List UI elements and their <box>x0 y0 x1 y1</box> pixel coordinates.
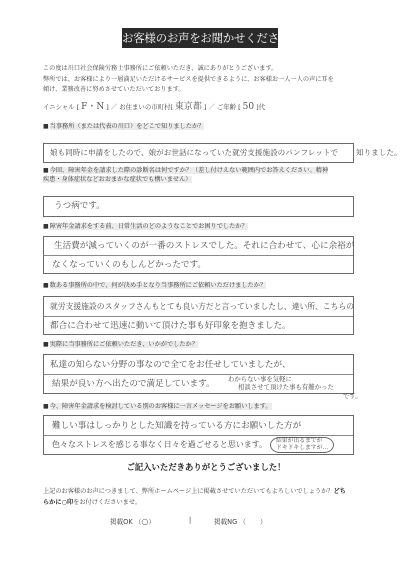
question-4-header: ■数ある事務所の中で、何が決め手となり当事務所にご依頼いただけましたか？ <box>43 281 266 290</box>
square-bullet-icon: ■ <box>43 341 49 348</box>
answer-box-2[interactable]: うつ病です。 <box>43 196 354 217</box>
answer-overflow-line2: 相談させて頂けた事も有難かった <box>238 384 334 391</box>
answer-overflow: 知りました。 <box>356 147 402 158</box>
city-value[interactable]: 東京都 <box>175 102 202 112</box>
square-bullet-icon: ■ <box>43 223 49 230</box>
answer-row: 都合に合わせて迅速に動いて頂けた事も好印象を抱きました。 <box>44 317 353 335</box>
paren-close: ） <box>148 518 155 526</box>
question-1-header: ■当事務所（または代表の川口）をどこで知りましたか？ <box>43 122 204 131</box>
answer-row: 就労支援施設のスタッフさんもとても良い方だと言っていましたし、違い所、こちらの <box>44 297 353 317</box>
initials-label: イニシャル <box>43 103 75 111</box>
consent-text-part1: 上記のお客様のお声につきまして、弊所ホームページ上に掲載させていただいてもよろし… <box>43 488 333 495</box>
intro-line: この度は川口社会保険労務士事務所にご依頼いただき、誠にありがとうございます。 <box>43 64 363 75</box>
choice-divider: | <box>189 516 191 524</box>
answer-box-4[interactable]: 就労支援施設のスタッフさんもとても良い方だと言っていましたし、違い所、こちらの … <box>43 296 354 335</box>
answer-box-1[interactable]: 娘も同時に申請をしたので、娘がお世話になっていた就労支援施設のパンフレットで <box>43 143 354 163</box>
answer-overflow-line1: わからない事を気軽に <box>228 376 292 383</box>
question-text: 実際に当事務所にご依頼いただき、いかがでしたか？ <box>50 341 198 348</box>
publish-ng-label: 掲載NG <box>214 518 237 526</box>
answer-row: 生活費が減っていくのが一番のストレスでした。それに合わせて、心に余裕が <box>44 237 353 256</box>
question-text: 今回、障害年金を請求した際の診断名は何ですか？（差し付けえない範囲内でお答えくだ… <box>50 167 328 174</box>
square-bullet-icon: ■ <box>43 123 49 130</box>
publish-ng-option[interactable]: 掲載NG （） <box>214 516 267 526</box>
question-text-line2: 疾患・身体症状などおおまかな症状でも構いません） <box>43 176 192 183</box>
square-bullet-icon: ■ <box>43 282 49 289</box>
publish-ok-option[interactable]: 掲載OK （○） <box>110 516 155 526</box>
consent-bold-part2: らかに○印 <box>43 499 73 506</box>
page-title: お客様のお声をお聞かせください <box>122 28 278 48</box>
question-5-header: ■実際に当事務所にご依頼いただき、いかがでしたか？ <box>43 340 198 349</box>
square-bullet-icon: ■ <box>43 403 49 410</box>
answer-row: 私達の知らない分野の事なので全てをお任せしていましたが、 <box>44 355 353 375</box>
consent-bold-part1: どち <box>333 488 345 495</box>
age-suffix: 代 <box>259 103 265 111</box>
profile-line: イニシャル [ F・N ] ／ お住まいの市町村[ 東京都 ] ／ ご年齢 [ … <box>43 99 265 112</box>
intro-line: 弊所では、お客様により一層満足いただけるサービスを提供できるように、お客様お一人… <box>43 75 363 86</box>
publish-ok-label: 掲載OK <box>110 518 133 526</box>
intro-line: 傾け、業務改善に努めさせていただいております。 <box>43 85 363 96</box>
thank-you-message: ご記入いただきありがとうございました！ <box>0 461 412 473</box>
intro-text: この度は川口社会保険労務士事務所にご依頼いただき、誠にありがとうございます。 弊… <box>43 64 363 96</box>
answer-row: なくなっていくのもしんどかったです。 <box>44 256 353 274</box>
paren-open: （ <box>239 518 246 526</box>
question-2-header: ■今回、障害年金を請求した際の診断名は何ですか？（差し付けえない範囲内でお答えく… <box>43 166 328 184</box>
answer-row: 難しい事はしっかりとした知識を持っている方にお願いした方が <box>44 416 353 436</box>
note-line: 結果が出るまでが <box>276 438 328 445</box>
note-line: ドキドキしますが… <box>276 445 328 452</box>
question-3-header: ■障害年金請求をする前、日常生活のどのようなことでお困りでしたか？ <box>43 222 248 231</box>
answer-row: 娘も同時に申請をしたので、娘がお世話になっていた就労支援施設のパンフレットで <box>44 144 353 162</box>
question-text: 当事務所（または代表の川口）をどこで知りましたか？ <box>50 123 205 130</box>
square-bullet-icon: ■ <box>43 167 49 174</box>
question-text: 障害年金請求をする前、日常生活のどのようなことでお困りでしたか？ <box>50 223 248 230</box>
question-text: 今、障害年金請求を検討している別のお客様に一言メッセージをお願いします。 <box>50 403 272 410</box>
question-6-header: ■今、障害年金請求を検討している別のお客様に一言メッセージをお願いします。 <box>43 402 272 411</box>
age-label: ご年齢 <box>217 103 236 111</box>
consent-text: 上記のお客様のお声につきまして、弊所ホームページ上に掲載させていただいてもよろし… <box>43 486 363 508</box>
answer-box-3[interactable]: 生活費が減っていくのが一番のストレスでした。それに合わせて、心に余裕が なくなっ… <box>43 236 354 274</box>
answer-overflow-line3: です。 <box>343 393 362 400</box>
initials-value[interactable]: F・N <box>81 102 104 112</box>
separator: ／ <box>209 103 215 111</box>
paren-close: ） <box>260 518 267 526</box>
age-value[interactable]: 50 <box>243 102 254 112</box>
separator: ／ <box>111 103 117 111</box>
answer-note-bubble: 結果が出るまでが ドキドキしますが… <box>270 437 334 453</box>
answer-row: うつ病です。 <box>44 197 353 215</box>
consent-text-part2: をお付けくださいませ。 <box>73 499 141 506</box>
question-text: 数ある事務所の中で、何が決め手となり当事務所にご依頼いただけましたか？ <box>50 282 266 289</box>
city-label: お住まいの市町村 <box>119 103 170 111</box>
